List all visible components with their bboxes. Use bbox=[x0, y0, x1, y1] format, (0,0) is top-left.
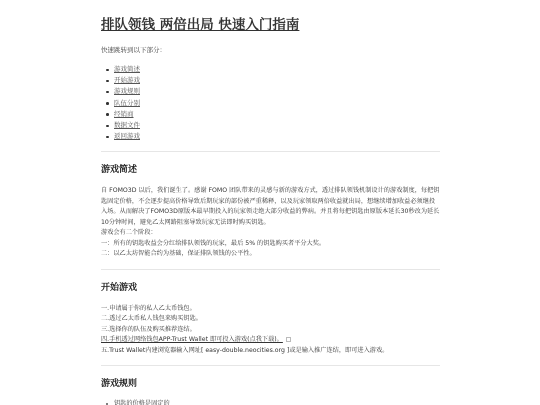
toc-item-rules: 游戏规则 bbox=[114, 86, 440, 97]
table-of-contents: 游戏简述 开始游戏 游戏规则 队伍分别 经销商 数据文件 返回游戏 bbox=[101, 64, 440, 142]
stages-intro: 游戏会有二个阶段： bbox=[101, 228, 440, 239]
toc-item-start: 开始游戏 bbox=[114, 75, 440, 86]
start-step-1: 一.申请属于你的私人乙太币钱包。 bbox=[101, 304, 440, 315]
start-step-5: 五.Trust Wallet内建浏览器输入网址[ easy-double.neo… bbox=[101, 346, 440, 357]
intro-text: 快速跳转到以下部分： bbox=[101, 45, 440, 55]
toc-item-dealers: 经销商 bbox=[114, 109, 440, 120]
toc-link-back[interactable]: 返回游戏 bbox=[114, 132, 140, 140]
page-title[interactable]: 排队领钱 两倍出局 快速入门指南 bbox=[101, 16, 299, 34]
trust-wallet-download-link[interactable]: 四.手机透过网络钱包APP-Trust Wallet 即可投入游戏(点我下载)。 bbox=[101, 336, 283, 343]
stage-1-text: 一：所有的钥匙收益会分红给排队领钱的玩家，最后 5% 的钥匙购买者平分大奖。 bbox=[101, 239, 440, 250]
toc-item-back: 返回游戏 bbox=[114, 131, 440, 142]
section-heading-overview: 游戏简述 bbox=[101, 164, 440, 176]
toc-item-overview: 游戏简述 bbox=[114, 64, 440, 75]
overview-paragraph: 自 FOMO3D 以后，我们诞生了。感谢 FOMO 团队带来的灵感与新的游戏方式… bbox=[101, 186, 440, 228]
toc-link-data-files[interactable]: 数据文件 bbox=[114, 121, 140, 129]
toc-link-overview[interactable]: 游戏简述 bbox=[114, 65, 140, 73]
start-step-4: 四.手机透过网络钱包APP-Trust Wallet 即可投入游戏(点我下载)。 bbox=[101, 335, 440, 346]
toc-link-start[interactable]: 开始游戏 bbox=[114, 76, 140, 84]
section-heading-start: 开始游戏 bbox=[101, 282, 440, 294]
toc-item-teams: 队伍分别 bbox=[114, 98, 440, 109]
toc-link-dealers[interactable]: 经销商 bbox=[114, 110, 134, 118]
toc-link-teams[interactable]: 队伍分别 bbox=[114, 99, 140, 107]
start-step-2: 二.透过乙太币私人钱包来购买钥匙。 bbox=[101, 314, 440, 325]
start-step-3: 三.选择你的队伍及购买推荐连结。 bbox=[101, 325, 440, 336]
section-heading-rules: 游戏规则 bbox=[101, 378, 440, 390]
stage-2-text: 二：以乙太坊智能合约为基础，保证排队领钱的公平性。 bbox=[101, 249, 440, 260]
document-page: 排队领钱 两倍出局 快速入门指南 快速跳转到以下部分： 游戏简述 开始游戏 游戏… bbox=[101, 0, 440, 405]
toc-link-rules[interactable]: 游戏规则 bbox=[114, 87, 140, 95]
rules-list-item: 钥匙的价格是固定的 bbox=[101, 399, 440, 405]
toc-item-data-files: 数据文件 bbox=[114, 120, 440, 131]
external-link-icon bbox=[286, 337, 291, 342]
